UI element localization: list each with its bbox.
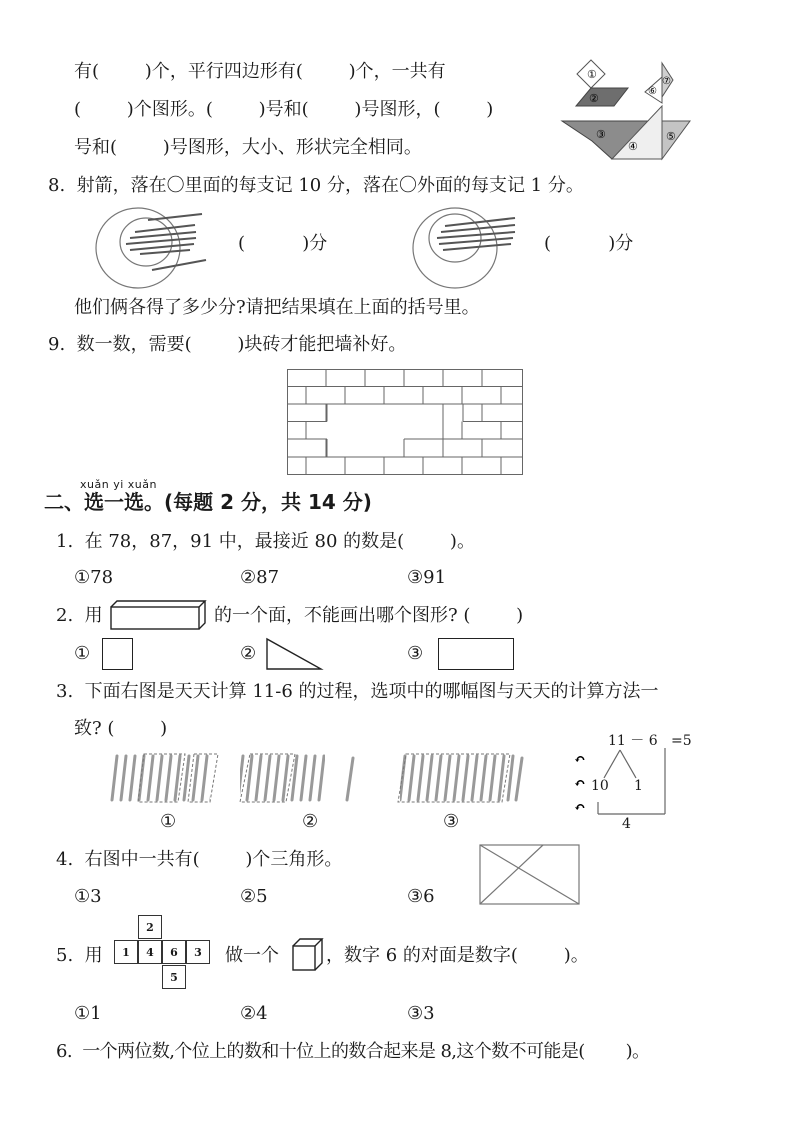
net-cell-top: 2 <box>138 915 162 939</box>
choice-q3-option-3[interactable]: ③ <box>443 810 459 834</box>
choice-q4-option-2[interactable]: ②5 <box>240 885 268 909</box>
choice-q5-prefix: 5. 用 <box>56 944 103 968</box>
svg-text:⑤: ⑤ <box>666 130 676 143</box>
choice-q1-text: 1. 在 78，87，91 中，最接近 80 的数是( )。 <box>56 530 475 554</box>
svg-text:↶: ↶ <box>574 800 586 816</box>
choice-q2-suffix: 的一个面，不能画出哪个图形? ( ) <box>214 604 523 628</box>
choice-q5-suffix: ，数字 6 的对面是数字( )。 <box>326 944 589 968</box>
choice-q5-mid: 做一个 <box>225 944 279 968</box>
net-cell: 6 <box>162 940 186 964</box>
choice-q2-option-3[interactable]: ③ <box>407 642 423 666</box>
net-cell: 1 <box>114 940 138 964</box>
q3-split-diagram: ↶ ↶ ↶ <box>566 746 686 826</box>
choice-q3-line-2: 致? ( ) <box>74 717 167 741</box>
choice-q6-text: 6. 一个两位数,个位上的数和十位上的数合起来是 8,这个数不可能是( )。 <box>56 1040 649 1064</box>
tangram-figure: ① ② ③ ④ ⑤ ⑥ ⑦ <box>560 55 695 167</box>
choice-q1-option-2[interactable]: ②87 <box>240 566 279 590</box>
choice-q1-option-1[interactable]: ①78 <box>74 566 113 590</box>
choice-q4-text: 4. 右图中一共有( )个三角形。 <box>56 848 342 872</box>
q8-question: 他们俩各得了多少分?请把结果填在上面的括号里。 <box>74 296 480 320</box>
tangram-label-1: ① <box>587 68 597 81</box>
q8-blank-1[interactable]: ( )分 <box>238 232 327 256</box>
q8-blank-2[interactable]: ( )分 <box>544 232 633 256</box>
net-cell-bottom: 5 <box>162 965 186 989</box>
q3-bottom-number: 4 <box>622 816 631 832</box>
q9-title: 9. 数一数，需要( )块砖才能把墙补好。 <box>48 333 406 357</box>
arrow-icon: ↶ <box>574 752 586 768</box>
sticks-options-image <box>110 748 530 808</box>
choice-q3-line-1: 3. 下面右图是天天计算 11-6 的过程，选项中的哪幅图与天天的计算方法一 <box>56 680 659 704</box>
svg-text:④: ④ <box>628 140 638 153</box>
triangle-shape <box>265 637 325 671</box>
q7-line-1: 有( )个，平行四边形有( )个，一共有 <box>74 60 446 84</box>
brick-wall-image <box>287 369 523 475</box>
choice-q2-option-1[interactable]: ① <box>74 642 90 666</box>
choice-q5-option-3[interactable]: ③3 <box>407 1002 435 1026</box>
q3-split-right: 1 <box>634 778 643 794</box>
cube-image <box>292 938 324 972</box>
net-cell: 3 <box>186 940 210 964</box>
cuboid-image <box>110 599 210 631</box>
choice-q3-option-1[interactable]: ① <box>160 810 176 834</box>
square-shape <box>102 638 133 670</box>
choice-q2-prefix: 2. 用 <box>56 604 103 628</box>
choice-q1-option-3[interactable]: ③91 <box>407 566 446 590</box>
svg-text:②: ② <box>589 92 599 105</box>
q3-split-left: 10 <box>591 778 609 794</box>
svg-text:⑥: ⑥ <box>648 86 657 97</box>
choice-q5-option-1[interactable]: ①1 <box>74 1002 102 1026</box>
triangle-count-figure <box>479 844 581 906</box>
target-1-image <box>90 200 220 290</box>
choice-q3-option-2[interactable]: ② <box>302 810 318 834</box>
svg-text:③: ③ <box>596 128 606 141</box>
rectangle-shape <box>438 638 514 670</box>
q7-line-3: 号和( )号图形，大小、形状完全相同。 <box>74 136 422 160</box>
choice-q2-option-2[interactable]: ② <box>240 642 256 666</box>
q7-line-2: ( )个图形。( )号和( )号图形，( ) <box>74 98 493 122</box>
svg-text:↶: ↶ <box>574 776 586 792</box>
section-2-heading: 二、选一选。(每题 2 分，共 14 分) <box>44 490 372 514</box>
choice-q4-option-1[interactable]: ①3 <box>74 885 102 909</box>
net-cell: 4 <box>138 940 162 964</box>
svg-text:⑦: ⑦ <box>662 76 671 87</box>
choice-q5-option-2[interactable]: ②4 <box>240 1002 268 1026</box>
q8-title: 8. 射箭，落在〇里面的每支记 10 分，落在〇外面的每支记 1 分。 <box>48 174 584 198</box>
choice-q4-option-3[interactable]: ③6 <box>407 885 435 909</box>
target-2-image <box>405 200 535 290</box>
